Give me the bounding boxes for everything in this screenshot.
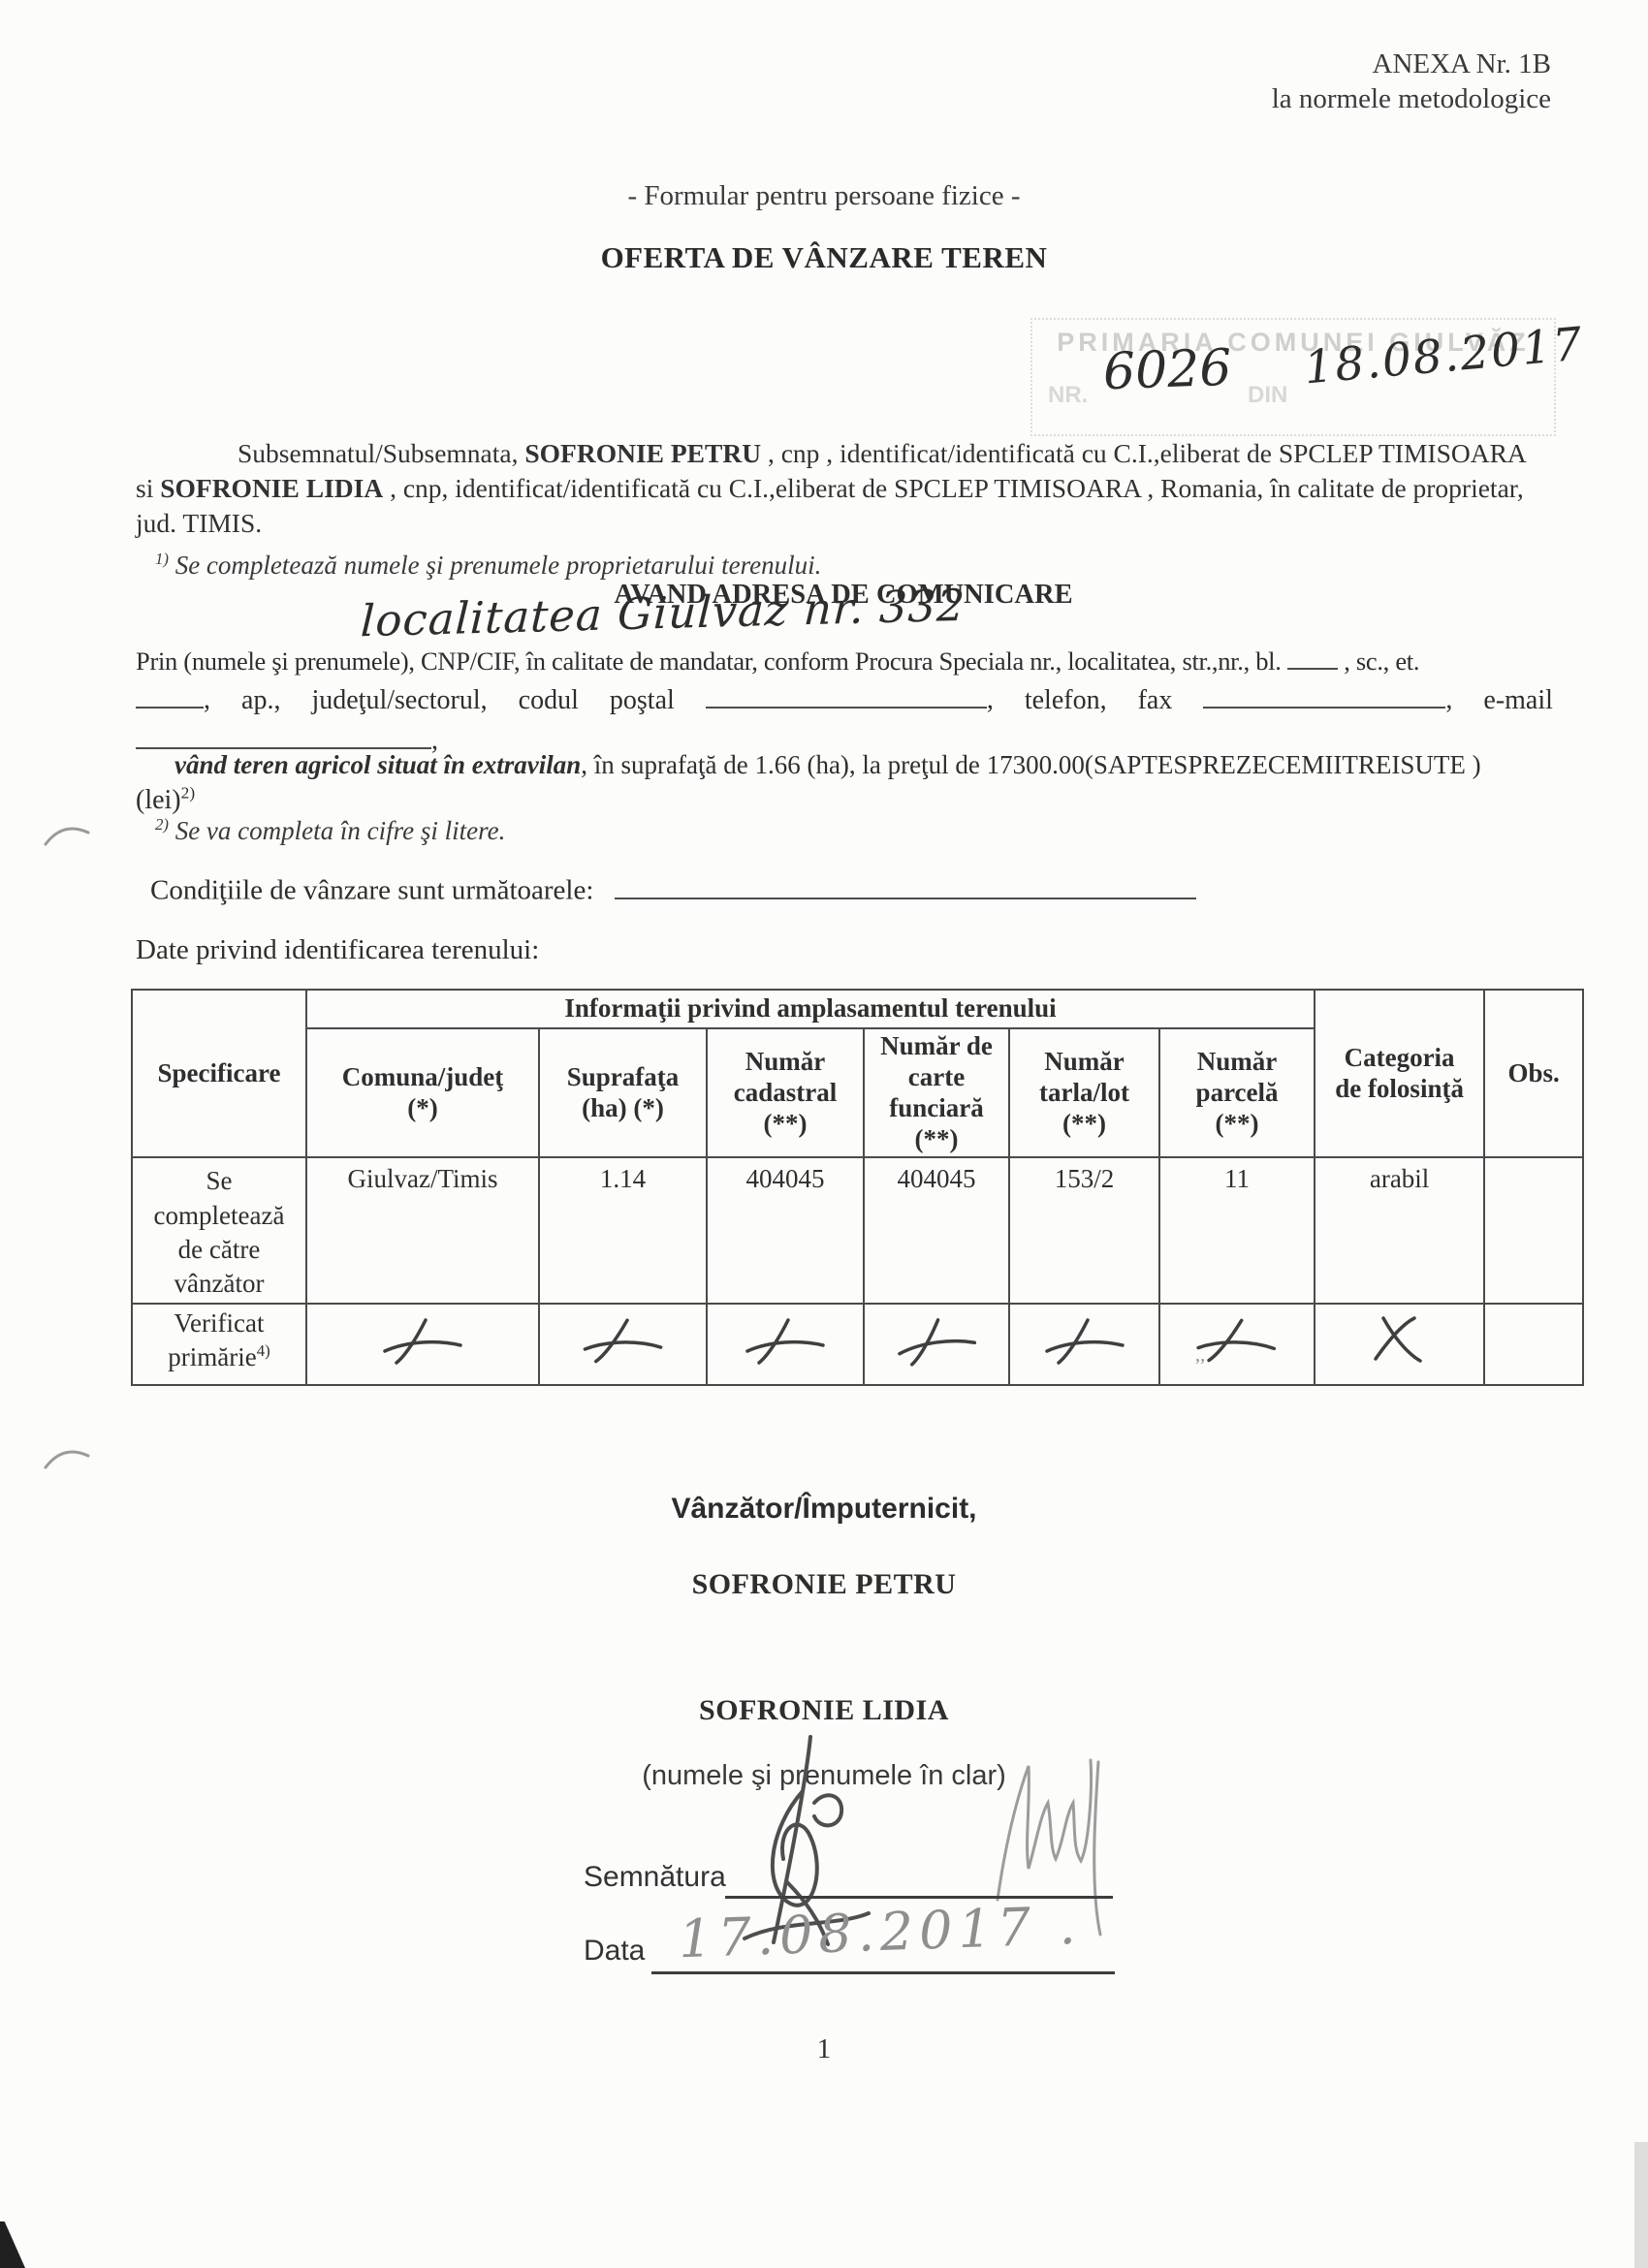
cell-obs xyxy=(1484,1157,1583,1303)
scanned-form-page: ANEXA Nr. 1B la normele metodologice - F… xyxy=(0,0,1648,2268)
mandate-text: , sc., et. xyxy=(1344,646,1419,676)
cell-check-cadastral xyxy=(707,1304,864,1385)
sale-terms-bold: vând teren agricol situat în extravilan xyxy=(136,750,581,779)
cell-check-obs xyxy=(1484,1304,1583,1385)
col-header-categoria: Categoria de folosinţă xyxy=(1315,990,1484,1157)
mandate-word: telefon, xyxy=(1025,685,1107,716)
cell-cadastral: 404045 xyxy=(707,1157,864,1303)
cell-check-comuna xyxy=(306,1304,539,1385)
conditions-label: Condiţiile de vânzare sunt următoarele: xyxy=(150,875,593,906)
col-header-carte-funciara: Număr de carte funciară (**) xyxy=(864,1028,1009,1157)
seller-role-heading: Vânzător/Împuternicit, xyxy=(0,1493,1648,1526)
table-span-header: Informaţii privind amplasamentul terenul… xyxy=(306,990,1315,1028)
mandate-word: , xyxy=(706,680,994,716)
intro-text: si xyxy=(136,473,160,503)
blank-line xyxy=(1203,680,1445,709)
sale-terms-line: vând teren agricol situat în extravilan,… xyxy=(136,750,1481,780)
handwritten-signature-date: 17.08.2017 . xyxy=(678,1895,1082,1969)
intro-text: , cnp, identificat/identificată cu C.I.,… xyxy=(383,473,1524,503)
tick-mark-icon xyxy=(578,1309,668,1369)
mandate-word: codul xyxy=(519,685,579,716)
tick-mark-icon xyxy=(1041,1312,1128,1367)
conditions-blank-line xyxy=(615,870,1196,899)
verificat-footnote-marker: 4) xyxy=(257,1341,270,1360)
table-row-verificat: Verificat primărie4) xyxy=(132,1304,1583,1385)
cell-tarla: 153/2 xyxy=(1009,1157,1159,1303)
row-label-seller: Se completează de către vânzător xyxy=(132,1157,306,1303)
intro-paragraph-line-3: jud. TIMIS. xyxy=(136,508,262,539)
footnote-2: 2) Se va completa în cifre şi litere. xyxy=(155,816,505,846)
form-title: OFERTA DE VÂNZARE TEREN xyxy=(0,240,1648,275)
signature-label: Semnătura xyxy=(584,1861,726,1894)
margin-pen-mark-2 xyxy=(44,1442,92,1477)
mandate-line-2: , ap., judeţul/sectorul, codul poştal , … xyxy=(136,680,1553,716)
form-subtitle: - Formular pentru persoane fizice - xyxy=(0,180,1648,212)
date-label: Data xyxy=(584,1935,645,1968)
margin-pen-mark-1 xyxy=(44,819,92,854)
seller-name-2: SOFRONIE LIDIA xyxy=(0,1694,1648,1727)
mandate-word: e-mail xyxy=(1483,685,1553,716)
annex-line-2: la normele metodologice xyxy=(1272,81,1551,116)
footnote-1-marker: 1) xyxy=(155,550,169,568)
blank-line xyxy=(706,680,987,709)
date-line xyxy=(651,1971,1115,1974)
footnote-2-marker: 2) xyxy=(155,815,169,834)
cell-check-parcela xyxy=(1159,1304,1315,1385)
blank-line xyxy=(1287,644,1338,670)
col-header-comuna: Comuna/judeţ (*) xyxy=(306,1028,539,1157)
col-header-parcela: Număr parcelă (**) xyxy=(1159,1028,1315,1157)
intro-paragraph-line-2: si SOFRONIE LIDIA , cnp, identificat/ide… xyxy=(136,473,1524,504)
lei-line: (lei)2) xyxy=(136,785,195,816)
cell-check-categoria xyxy=(1315,1304,1484,1385)
cell-categoria: arabil xyxy=(1315,1157,1484,1303)
blank-line xyxy=(136,680,204,709)
scan-speck: ’’ xyxy=(1194,1355,1206,1377)
cell-comuna: Giulvaz/Timis xyxy=(306,1157,539,1303)
mandate-word: , xyxy=(1203,680,1452,716)
annex-reference: ANEXA Nr. 1B la normele metodologice xyxy=(1272,47,1551,116)
intro-text: , cnp , identificat/identificată cu C.I.… xyxy=(761,438,1527,468)
mandate-word: judeţul/sectorul, xyxy=(311,685,487,716)
mandate-text: Prin (numele şi prenumele), CNP/CIF, în … xyxy=(136,646,1282,676)
seller-name-inline-1: SOFRONIE PETRU xyxy=(524,438,761,468)
tick-mark-icon xyxy=(742,1312,829,1367)
sale-terms-rest: , în suprafaţă de 1.66 (ha), la preţul d… xyxy=(581,750,1480,779)
lei-footnote-marker: 2) xyxy=(181,784,195,803)
mandate-word: ap., xyxy=(241,685,280,716)
scan-edge-smudge xyxy=(1634,2142,1648,2268)
page-number: 1 xyxy=(0,2033,1648,2065)
footnote-1-text: Se completează numele şi prenumele propr… xyxy=(169,551,821,580)
mandate-line-1: Prin (numele şi prenumele), CNP/CIF, în … xyxy=(136,644,1561,677)
land-table: Specificare Informaţii privind amplasame… xyxy=(131,989,1584,1386)
footnote-2-text: Se va completa în cifre şi litere. xyxy=(169,816,505,845)
mandate-word: , xyxy=(136,680,210,716)
footnote-1: 1) Se completează numele şi prenumele pr… xyxy=(155,551,821,581)
cell-check-tarla xyxy=(1009,1304,1159,1385)
conditions-line: Condiţiile de vânzare sunt următoarele: xyxy=(150,870,1196,907)
scan-corner-artifact xyxy=(0,2221,25,2268)
cell-check-carte-funciara xyxy=(864,1304,1009,1385)
tick-mark-icon xyxy=(891,1309,982,1370)
tick-mark-icon xyxy=(379,1312,466,1367)
cell-carte-funciara: 404045 xyxy=(864,1157,1009,1303)
handwritten-registration-number: 6026 xyxy=(1102,339,1232,402)
seller-name-1: SOFRONIE PETRU xyxy=(0,1568,1648,1601)
col-header-obs: Obs. xyxy=(1484,990,1583,1157)
row-label-verificat: Verificat primărie4) xyxy=(132,1304,306,1385)
cell-check-suprafata xyxy=(539,1304,707,1385)
mandate-word: fax xyxy=(1138,685,1173,716)
stamp-din-label: DIN xyxy=(1248,382,1287,409)
land-id-heading: Date privind identificarea terenului: xyxy=(136,934,539,966)
annex-line-1: ANEXA Nr. 1B xyxy=(1272,47,1551,81)
intro-paragraph-line-1: Subsemnatul/Subsemnata, SOFRONIE PETRU ,… xyxy=(238,438,1527,469)
col-header-specificare: Specificare xyxy=(132,990,306,1157)
blank-line xyxy=(136,721,431,749)
col-header-tarla: Număr tarla/lot (**) xyxy=(1009,1028,1159,1157)
col-header-cadastral: Număr cadastral (**) xyxy=(707,1028,864,1157)
seller-name-inline-2: SOFRONIE LIDIA xyxy=(160,473,383,503)
col-header-suprafata: Suprafaţa (ha) (*) xyxy=(539,1028,707,1157)
cell-parcela: 11 xyxy=(1159,1157,1315,1303)
tick-mark-icon xyxy=(1356,1312,1443,1367)
cell-suprafata: 1.14 xyxy=(539,1157,707,1303)
table-row-seller: Se completează de către vânzător Giulvaz… xyxy=(132,1157,1583,1303)
intro-text: Subsemnatul/Subsemnata, xyxy=(238,438,524,468)
stamp-nr-label: NR. xyxy=(1048,382,1088,409)
mandate-word: poştal xyxy=(610,685,675,716)
